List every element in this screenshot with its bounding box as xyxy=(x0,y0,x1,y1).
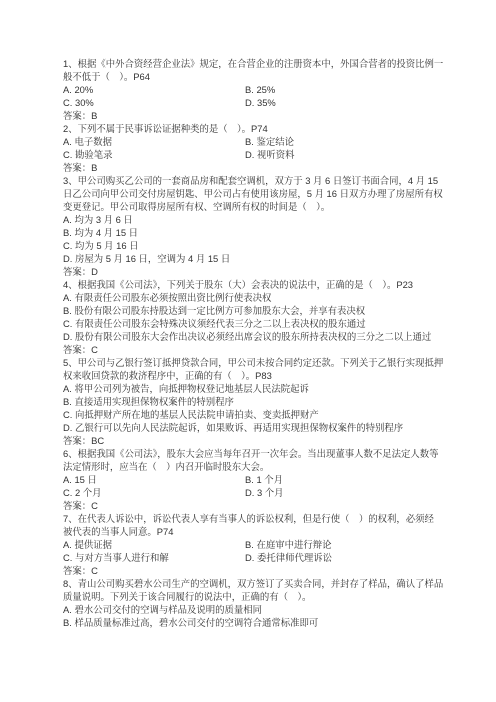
option-line: D. 房屋为 5 月 16 日，空调为 4 月 15 日 xyxy=(63,252,478,265)
option-line: B. 股份有限公司股东持股达到一定比例方可参加股东大会，并享有表决权 xyxy=(63,304,478,317)
question-text-line: 8、青山公司购买碧水公司生产的空调机，双方签订了买卖合同，并封存了样品，确认了样… xyxy=(63,577,478,590)
question-text-line: 7、在代表人诉讼中，诉讼代表人享有当事人的诉讼权利，但是行使（ ）的权利，必须经 xyxy=(63,512,478,525)
question-text-line: 权来收回贷款的救济程序中，正确的有（ ）。P83 xyxy=(63,369,478,382)
option-line: A. 均为 3 月 6 日 xyxy=(63,213,478,226)
option-line: A. 将甲公司列为被告，向抵押物权登记地基层人民法院起诉 xyxy=(63,382,478,395)
option-left: A. 提供证据 xyxy=(63,538,245,551)
option-right: B. 25% xyxy=(245,84,275,95)
option-line: B. 均为 4 月 15 日 xyxy=(63,226,478,239)
option-line: B. 直接适用实现担保物权案件的特别程序 xyxy=(63,395,478,408)
option-right: D. 35% xyxy=(245,97,276,108)
option-line: C. 有限责任公司股东会特殊决议须经代表三分之二以上表决权的股东通过 xyxy=(63,317,478,330)
question-text-line: 5、甲公司与乙银行签订抵押贷款合同，甲公司未按合同约定还款。下列关于乙银行实现抵… xyxy=(63,356,478,369)
question-text-line: 法定情形时，应当在（ ）内召开临时股东大会。 xyxy=(63,460,478,473)
question-text-line: 1、根据《中外合资经营企业法》规定，在合营企业的注册资本中，外国合营者的投资比例… xyxy=(63,57,478,70)
question-text-line: 般不低于（ ）。P64 xyxy=(63,70,478,83)
option-row: A. 20%B. 25% xyxy=(63,83,478,96)
option-row: A. 15 日B. 1 个月 xyxy=(63,473,478,486)
option-line: A. 碧水公司交付的空调与样品及说明的质量相同 xyxy=(63,603,478,616)
answer-line: 答案：B xyxy=(63,161,478,174)
question-text-line: 质量说明。下列关于该合同履行的说法中，正确的有（ ）。 xyxy=(63,590,478,603)
option-right: D. 3 个月 xyxy=(245,487,284,498)
option-left: C. 2 个月 xyxy=(63,486,245,499)
question-text-line: 被代表的当事人同意。P74 xyxy=(63,525,478,538)
option-right: D. 视听资料 xyxy=(245,149,294,160)
option-row: A. 电子数据B. 鉴定结论 xyxy=(63,135,478,148)
answer-line: 答案：B xyxy=(63,109,478,122)
option-right: B. 鉴定结论 xyxy=(245,136,294,147)
document-content: 1、根据《中外合资经营企业法》规定，在合营企业的注册资本中，外国合营者的投资比例… xyxy=(63,57,478,629)
option-left: A. 电子数据 xyxy=(63,135,245,148)
option-left: A. 20% xyxy=(63,83,245,96)
option-row: C. 勘验笔录D. 视听资料 xyxy=(63,148,478,161)
answer-line: 答案：BC xyxy=(63,434,478,447)
question-text-line: 变更登记。甲公司取得房屋所有权、空调所有权的时间是（ ）。 xyxy=(63,200,478,213)
question-text-line: 6、根据我国《公司法》，股东大会应当每年召开一次年会。当出现董事人数不足法定人数… xyxy=(63,447,478,460)
option-right: B. 1 个月 xyxy=(245,474,283,485)
option-row: C. 2 个月D. 3 个月 xyxy=(63,486,478,499)
option-row: A. 提供证据B. 在庭审中进行辩论 xyxy=(63,538,478,551)
option-line: B. 样品质量标准过高，碧水公司交付的空调符合通常标准即可 xyxy=(63,616,478,629)
answer-line: 答案：D xyxy=(63,265,478,278)
option-right: B. 在庭审中进行辩论 xyxy=(245,539,331,550)
option-left: C. 勘验笔录 xyxy=(63,148,245,161)
question-text-line: 3、甲公司购买乙公司的一套商品房和配套空调机，双方于 3 月 6 日签订书面合同… xyxy=(63,174,478,187)
option-left: A. 15 日 xyxy=(63,473,245,486)
document-page: 1、根据《中外合资经营企业法》规定，在合营企业的注册资本中，外国合营者的投资比例… xyxy=(0,0,496,702)
option-line: D. 乙银行可以先向人民法院起诉，如果败诉、再适用实现担保物权案件的特别程序 xyxy=(63,421,478,434)
option-line: D. 股份有限公司股东大会作出决议必须经出席会议的股东所持表决权的三分之二以上通… xyxy=(63,330,478,343)
answer-line: 答案：C xyxy=(63,343,478,356)
answer-line: 答案：C xyxy=(63,499,478,512)
option-right: D. 委托律师代理诉讼 xyxy=(245,552,332,563)
question-text-line: 4、根据我国《公司法》，下列关于股东（大）会表决的说法中，正确的是（ ）。P23 xyxy=(63,278,478,291)
option-row: C. 与对方当事人进行和解D. 委托律师代理诉讼 xyxy=(63,551,478,564)
option-line: C. 向抵押财产所在地的基层人民法院申请拍卖、变卖抵押财产 xyxy=(63,408,478,421)
option-row: C. 30%D. 35% xyxy=(63,96,478,109)
answer-line: 答案：C xyxy=(63,564,478,577)
option-left: C. 与对方当事人进行和解 xyxy=(63,551,245,564)
question-text-line: 日乙公司向甲公司交付房屋钥匙、甲公司占有使用该房屋，5 月 16 日双方办理了房… xyxy=(63,187,478,200)
option-line: C. 均为 5 月 16 日 xyxy=(63,239,478,252)
question-text-line: 2、下列不属于民事诉讼证据种类的是（ ）。P74 xyxy=(63,122,478,135)
option-line: A. 有限责任公司股东必须按照出资比例行使表决权 xyxy=(63,291,478,304)
option-left: C. 30% xyxy=(63,96,245,109)
